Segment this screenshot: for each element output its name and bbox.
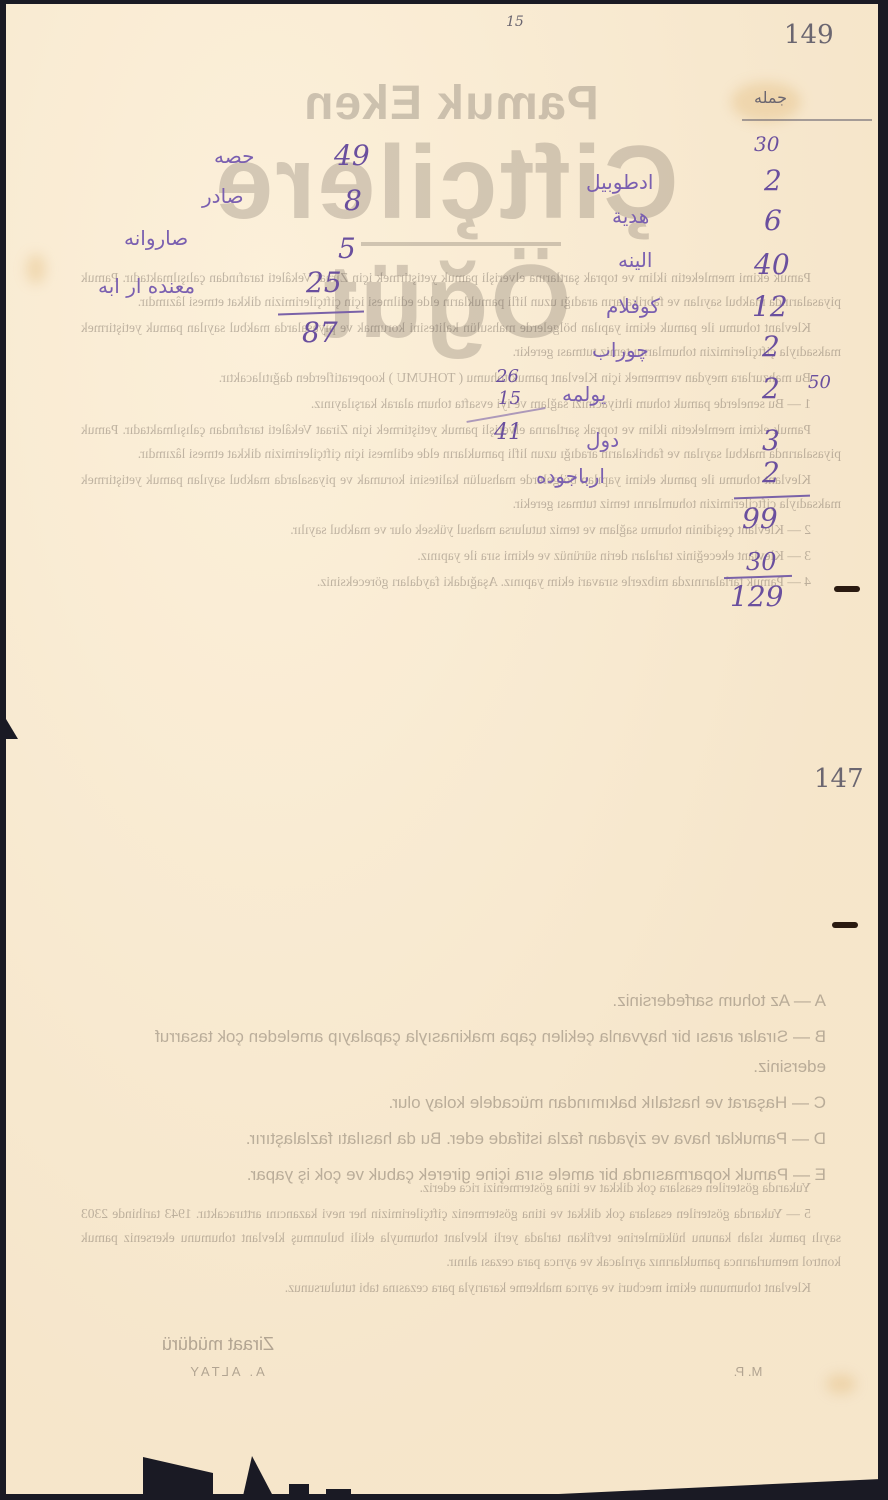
stain [826, 1374, 856, 1394]
top-mark: 15 [506, 14, 524, 30]
right-label: چوراب [592, 338, 649, 362]
benefits-list: A — Az tohum sarfedersiniz. B — Sıralar … [126, 986, 826, 1196]
right-label: الينه [618, 248, 652, 272]
body-paragraph: Klevlant tohumu ile pamuk ekimi yapılan … [81, 468, 841, 516]
left-value: 8 [344, 184, 362, 217]
body-paragraph: 3 — Klevlant ekeceğiniz tarlaları derin … [81, 544, 841, 568]
closing-paragraph: Yukarıda gösterilen esaslara çok dikkat … [81, 1176, 841, 1200]
title-underline [361, 242, 561, 246]
torn-edge [143, 1457, 213, 1497]
benefit-item: A — Az tohum sarfedersiniz. [126, 986, 826, 1016]
printed-title-line1: Pamuk Eken [261, 76, 641, 131]
left-value: 49 [334, 139, 370, 172]
benefit-item: B — Sıralar arası bir hayvanla çekilen ç… [126, 1022, 826, 1082]
folio-number: 149 [784, 20, 834, 50]
body-paragraph: 2 — Klevlant çeşidinin tohumu sağlam ve … [81, 518, 841, 542]
torn-edge [243, 1456, 273, 1496]
side-sum-total: 41 [494, 420, 522, 445]
stain [26, 254, 46, 284]
side-sum-value: 26 [496, 366, 519, 387]
right-subtotal: 99 [742, 502, 778, 535]
right-value: 2 [764, 164, 782, 197]
left-value: 5 [338, 232, 356, 265]
right-label: ارباجوده [536, 464, 605, 488]
body-paragraph: Klevlant tohumu ile pamuk ekimi yapılan … [81, 316, 841, 364]
closing-paragraph: Klevlant tohumunun ekimi mecburi ve ayrı… [81, 1276, 841, 1300]
torn-edge [326, 1489, 351, 1497]
header-word: جمله [754, 88, 787, 107]
left-value: 25 [306, 266, 342, 299]
right-label: يولمه [562, 382, 606, 406]
folio-number-alt: 147 [814, 764, 864, 794]
signature-initials: M. P. [728, 1364, 768, 1379]
right-label: كوفلام [606, 294, 660, 318]
benefit-item: D — Pamuklar hava ve ziyadan fazla istif… [126, 1124, 826, 1154]
header-rule [742, 119, 872, 121]
benefit-item: C — Haşarat ve hastalık bakımından mücad… [126, 1088, 826, 1118]
right-grand-total: 129 [730, 580, 783, 613]
right-value: 2 [762, 372, 780, 405]
signature-name: A. ALTAY [156, 1364, 296, 1379]
left-label: معنده ار ابه [98, 274, 195, 298]
right-value: 30 [754, 132, 779, 156]
left-label: صاروانه [124, 226, 188, 250]
body-paragraph: 4 — Pamuk tarlalarınızda mibzerle sırava… [81, 570, 841, 594]
body-paragraph: Bu mahzurlara meydan vermemek için Klevl… [81, 366, 841, 390]
body-text-block: Pamuk ekimi memleketin iklim ve toprak ş… [81, 266, 841, 596]
right-value: 3 [762, 424, 780, 457]
right-label: دول [586, 428, 619, 452]
right-extra-note: 50 [808, 372, 831, 393]
body-paragraph: 1 — Bu senelerde pamuk tohum ihtiyacınız… [81, 392, 841, 416]
left-label: حصه [214, 144, 254, 168]
right-value: 6 [764, 204, 782, 237]
torn-edge [451, 1479, 881, 1499]
left-label: صادر [202, 184, 244, 208]
right-value: 40 [754, 248, 790, 281]
torn-edge [0, 709, 18, 739]
side-sum-value: 15 [498, 388, 521, 409]
right-add: 30 [746, 548, 777, 576]
right-value: 12 [752, 290, 788, 323]
left-total: 87 [302, 316, 338, 349]
document-page: Pamuk Eken Çiftçilere Öğüt Pamuk ekimi m… [6, 4, 878, 1494]
right-label: ادطوبيل [586, 170, 653, 194]
body-paragraph: Pamuk ekimi memleketin iklim ve toprak ş… [81, 418, 841, 466]
ink-mark [834, 586, 860, 592]
right-value: 2 [762, 330, 780, 363]
closing-paragraph: 5 — Yukarıda gösterilen esaslara çok dik… [81, 1202, 841, 1274]
signature-title: Ziraat müdürü [118, 1334, 318, 1355]
torn-edge [289, 1484, 309, 1496]
ink-mark [832, 922, 858, 928]
right-value: 2 [762, 456, 780, 489]
closing-text-block: Yukarıda gösterilen esaslara çok dikkat … [81, 1176, 841, 1302]
right-label: هدية [612, 204, 649, 228]
